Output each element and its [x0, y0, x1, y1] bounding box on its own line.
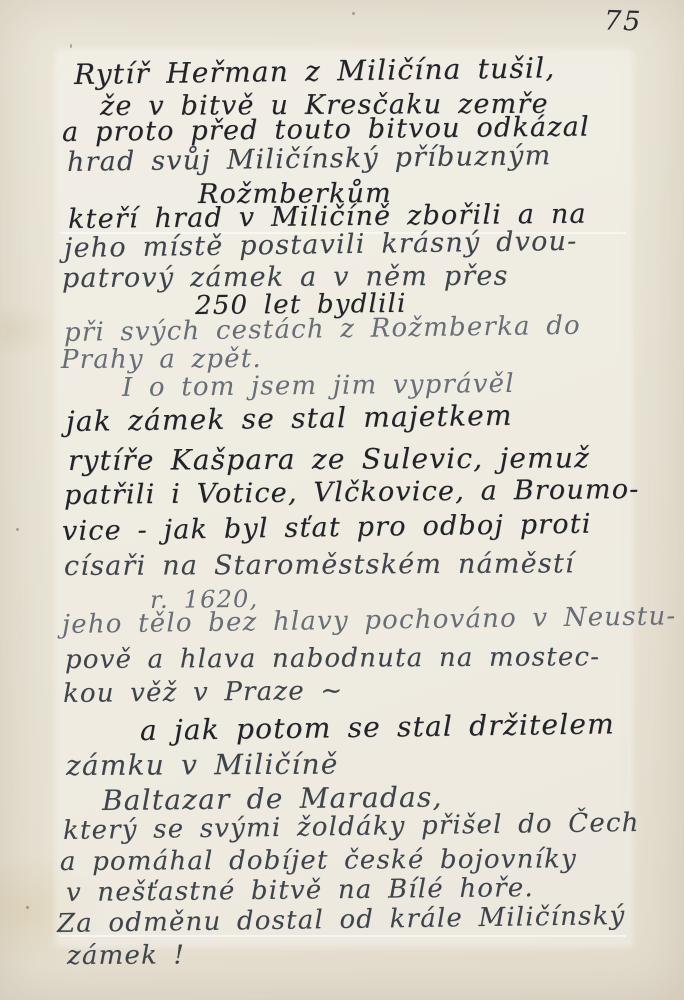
handwritten-line: jeho místě postavili krásný dvou-: [64, 226, 578, 264]
handwritten-line: Prahy a zpět.: [61, 344, 262, 375]
ink-speck: [16, 528, 19, 531]
handwritten-line: patrový zámek a v něm přes: [62, 261, 509, 294]
ink-speck: [352, 12, 355, 15]
handwritten-line: Rytíř Heřman z Miličína tušil,: [74, 51, 556, 91]
handwritten-line: zámek !: [67, 940, 185, 971]
handwritten-line: císaři na Staroměstském náměstí: [64, 548, 575, 582]
handwritten-line: jak zámek se stal majetkem: [66, 399, 513, 438]
handwritten-line: zámku v Miličíně: [66, 748, 339, 782]
handwritten-line: patřili i Votice, Vlčkovice, a Broumo-: [64, 474, 640, 511]
handwritten-line: kou věž v Praze ~: [63, 676, 344, 709]
handwritten-line: hrad svůj Miličínský příbuzným: [67, 140, 552, 178]
handwritten-line: a pomáhal dobíjet české bojovníky: [60, 844, 577, 877]
handwritten-line: vice - jak byl sťat pro odboj proti: [62, 509, 592, 547]
manuscript-lines: Rytíř Heřman z Miličína tušil,že v bitvě…: [0, 0, 684, 1000]
handwritten-line: a jak potom se stal držitelem: [140, 707, 615, 747]
ink-speck: [26, 906, 29, 909]
handwritten-line: I o tom jsem jim vyprávěl: [122, 369, 515, 403]
ink-speck: [70, 44, 72, 48]
manuscript-page: 75 Rytíř Heřman z Miličína tušil,že v bi…: [0, 0, 684, 1000]
handwritten-line: rytíře Kašpara ze Sulevic, jemuž: [68, 441, 590, 477]
handwritten-line: pově a hlava nabodnuta na mostec-: [65, 642, 600, 675]
handwritten-line: při svých cestách z Rožmberka do: [64, 311, 581, 348]
